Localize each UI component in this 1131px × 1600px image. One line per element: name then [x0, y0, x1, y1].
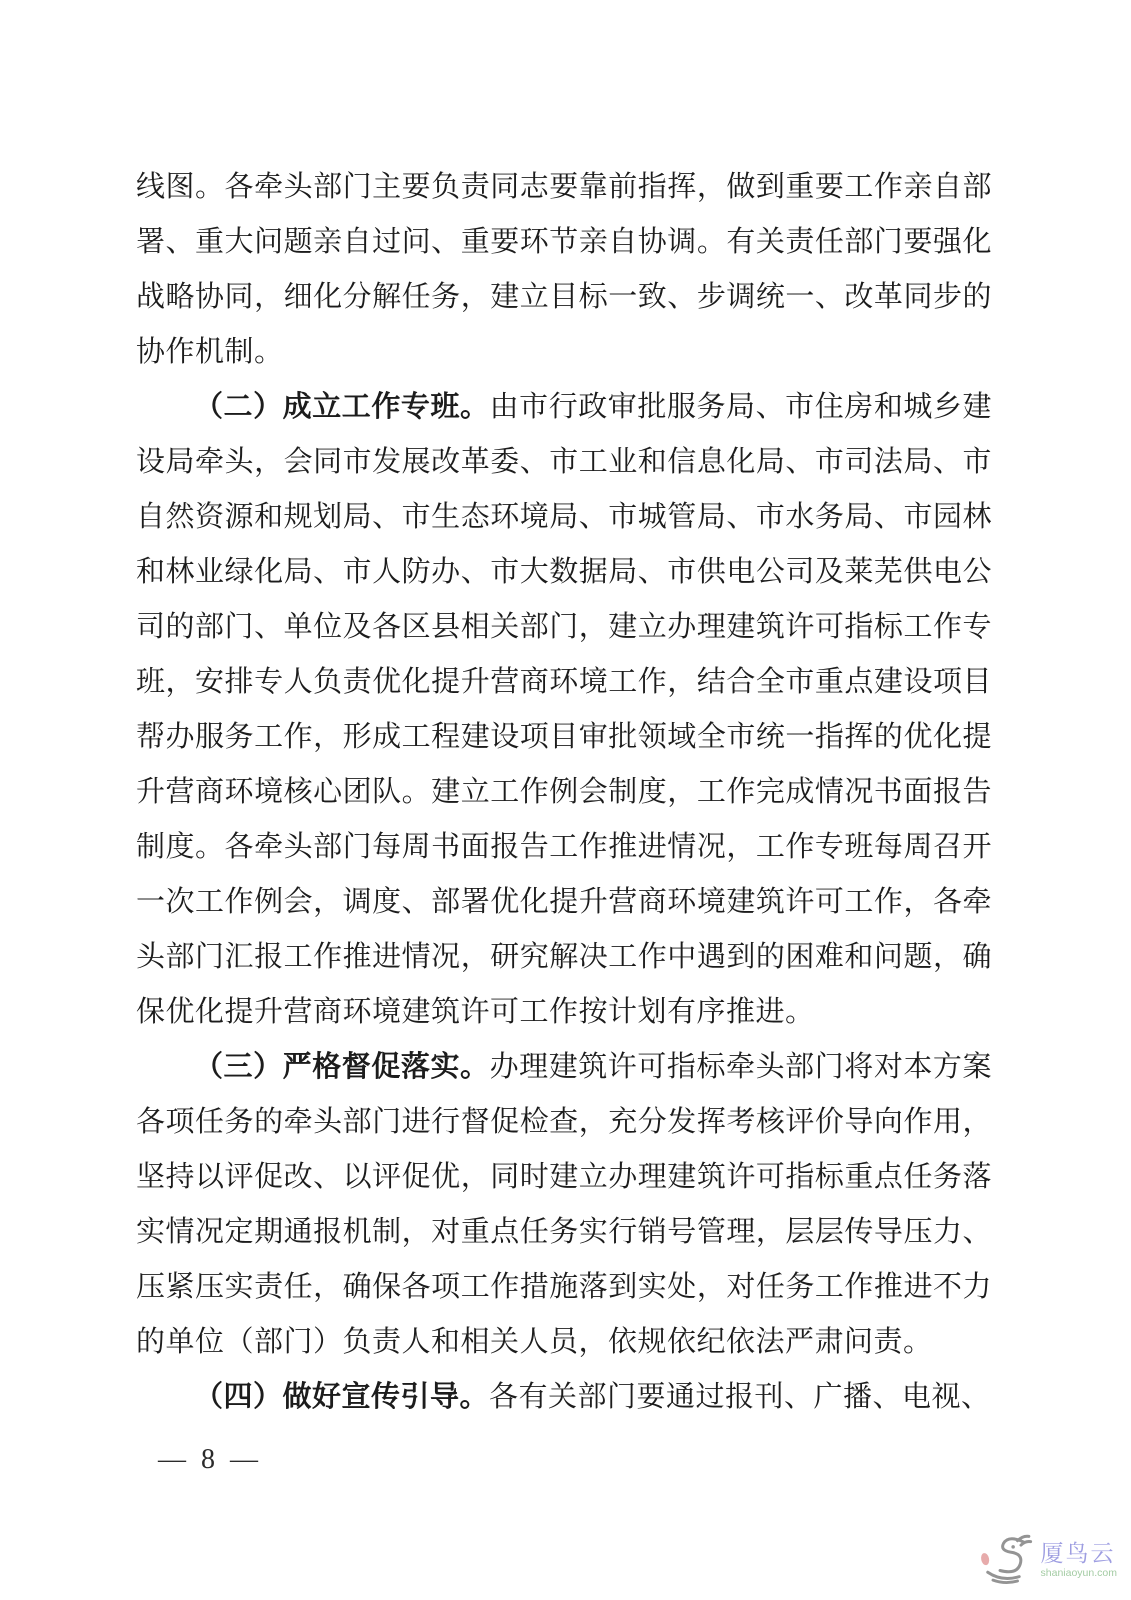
paragraph: （三）严格督促落实。办理建筑许可指标牵头部门将对本方案各项任务的牵头部门进行督促…	[136, 1040, 992, 1370]
paragraph: （四）做好宣传引导。各有关部门要通过报刊、广播、电视、	[136, 1370, 992, 1425]
paragraph-text: 办理建筑许可指标牵头部门将对本方案各项任务的牵头部门进行督促检查，充分发挥考核评…	[136, 1051, 992, 1358]
paragraph-text: 线图。各牵头部门主要负责同志要靠前指挥，做到重要工作亲自部署、重大问题亲自过问、…	[136, 171, 992, 368]
paragraph-text: 各有关部门要通过报刊、广播、电视、	[489, 1381, 991, 1413]
watermark: 厦鸟云 shaniaoyun.com	[978, 1532, 1125, 1588]
document-body: 线图。各牵头部门主要负责同志要靠前指挥，做到重要工作亲自部署、重大问题亲自过问、…	[136, 160, 992, 1425]
page-number: — 8 —	[158, 1444, 262, 1476]
document-page: 线图。各牵头部门主要负责同志要靠前指挥，做到重要工作亲自部署、重大问题亲自过问、…	[0, 0, 1131, 1600]
watermark-site-url: shaniaoyun.com	[1041, 1568, 1117, 1580]
logo-seal-shape	[980, 1552, 990, 1566]
paragraph-heading: （三）严格督促落实。	[194, 1051, 490, 1083]
watermark-text: 厦鸟云 shaniaoyun.com	[1041, 1541, 1125, 1580]
watermark-brand-name: 厦鸟云	[1041, 1541, 1117, 1566]
paragraph-heading: （二）成立工作专班。	[194, 391, 490, 423]
paragraph-heading: （四）做好宣传引导。	[194, 1381, 489, 1413]
paragraph: （二）成立工作专班。由市行政审批服务局、市住房和城乡建设局牵头，会同市发展改革委…	[136, 380, 992, 1040]
paragraph-text: 由市行政审批服务局、市住房和城乡建设局牵头，会同市发展改革委、市工业和信息化局、…	[136, 391, 992, 1028]
shaniaoyun-logo-bird-icon	[978, 1532, 1036, 1588]
paragraph: 线图。各牵头部门主要负责同志要靠前指挥，做到重要工作亲自部署、重大问题亲自过问、…	[136, 160, 992, 380]
